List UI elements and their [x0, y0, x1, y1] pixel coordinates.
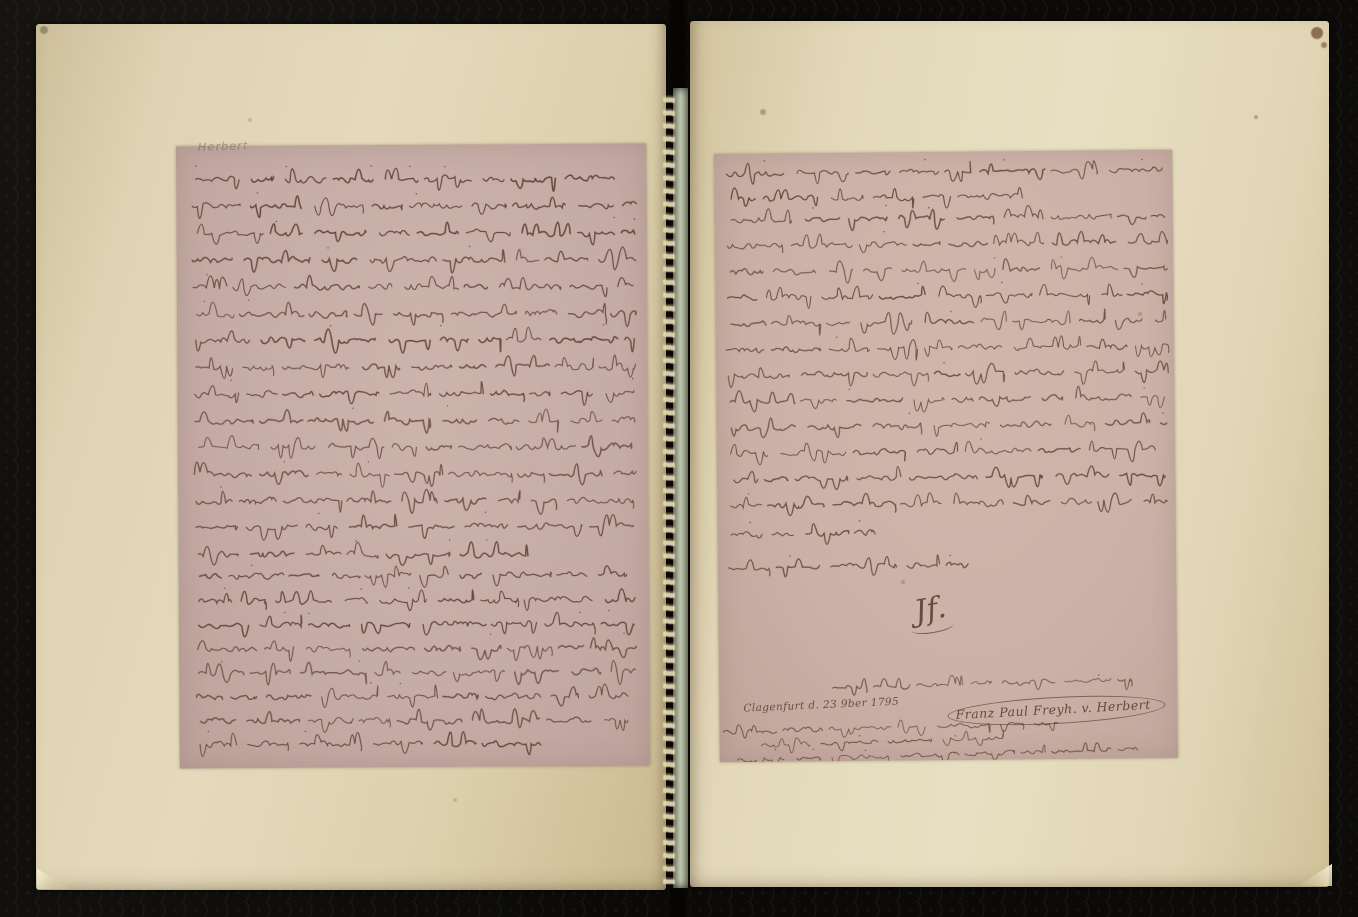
handwriting-word-stroke: [409, 525, 454, 539]
handwriting-word-stroke: [589, 684, 628, 699]
ink-dot: [195, 166, 196, 167]
handwriting-word-stroke: [251, 196, 302, 217]
handwriting-line: [199, 562, 626, 588]
handwriting-line: [200, 708, 627, 733]
handwriting-line: [196, 511, 634, 541]
handwriting-word-stroke: [526, 310, 557, 316]
handwriting-word-stroke: [902, 261, 966, 282]
ink-dot: [994, 257, 995, 258]
handwriting-word-stroke: [1013, 495, 1049, 505]
handwriting-word-stroke: [833, 493, 896, 512]
handwriting-word-stroke: [192, 203, 240, 219]
handwriting-line: [195, 163, 614, 194]
ink-dot: [416, 193, 417, 194]
handwriting-word-stroke: [443, 250, 505, 273]
handwriting-word-stroke: [199, 623, 249, 637]
ink-dot: [1162, 412, 1163, 413]
handwriting-word-stroke: [898, 720, 925, 736]
foxing-spot: [760, 109, 766, 115]
handwriting-word-stroke: [524, 596, 592, 610]
handwriting-word-stroke: [197, 302, 234, 318]
handwriting-word-stroke: [1042, 395, 1063, 401]
handwriting-word-stroke: [390, 383, 431, 396]
handwriting-word-stroke: [821, 740, 878, 751]
handwriting-word-stroke: [241, 591, 266, 609]
handwriting-word-stroke: [1106, 413, 1150, 425]
handwriting-line: [196, 355, 636, 380]
handwriting-word-stroke: [730, 444, 767, 465]
handwriting-line: [727, 280, 1167, 309]
ink-dot: [370, 682, 371, 683]
handwriting-word-stroke: [363, 364, 400, 378]
handwriting-word-stroke: [194, 462, 251, 478]
handwriting-word-stroke: [768, 496, 825, 516]
handwriting-word-stroke: [1124, 266, 1167, 277]
handwriting-word-stroke: [300, 662, 366, 684]
handwriting-line: [198, 632, 637, 662]
handwriting-line: [199, 585, 635, 612]
handwriting-word-stroke: [731, 209, 792, 224]
handwriting-word-stroke: [405, 276, 459, 289]
handwriting-word-stroke: [854, 530, 875, 536]
handwriting-word-stroke: [402, 489, 437, 513]
handwriting-word-stroke: [483, 177, 504, 181]
foxing-spot: [1254, 115, 1258, 119]
handwriting-word-stroke: [771, 315, 821, 336]
handwriting-word-stroke: [489, 418, 519, 424]
ink-dot: [490, 634, 491, 635]
ink-dot: [370, 165, 371, 166]
handwriting-word-stroke: [1065, 678, 1111, 682]
handwriting-word-stroke: [727, 295, 756, 301]
ink-dot: [486, 539, 487, 540]
pencil-inscription: Herbert: [198, 139, 249, 154]
handwriting-word-stroke: [409, 203, 461, 209]
handwriting-word-stroke: [493, 572, 552, 586]
handwriting-word-stroke: [958, 344, 1001, 349]
ink-dot: [883, 231, 884, 232]
handwriting-word-stroke: [1056, 466, 1109, 485]
ink-dot: [1141, 283, 1142, 284]
handwriting-line: [832, 674, 1132, 696]
handwriting-word-stroke: [1118, 747, 1138, 750]
handwriting-word-stroke: [907, 555, 940, 568]
handwriting-line: [731, 410, 1167, 438]
ink-dot: [485, 512, 486, 513]
ink-dot: [368, 461, 369, 462]
ink-dot: [469, 246, 470, 247]
handwriting-word-stroke: [465, 523, 508, 528]
ink-dot: [1061, 256, 1062, 257]
handwriting-word-stroke: [561, 391, 592, 406]
handwriting-line: [730, 386, 1165, 414]
handwriting-word-stroke: [800, 399, 836, 409]
handwriting-word-stroke: [766, 287, 811, 308]
ink-dot: [444, 166, 445, 167]
handwriting-word-stroke: [856, 171, 890, 175]
handwriting-word-stroke: [459, 444, 512, 450]
handwriting-word-stroke: [545, 612, 595, 634]
handwriting-word-stroke: [567, 497, 633, 509]
handwriting-line: [730, 255, 1167, 284]
handwriting-word-stroke: [1151, 215, 1165, 218]
handwriting-word-stroke: [438, 590, 473, 603]
handwriting-word-stroke: [365, 566, 411, 587]
handwriting-word-stroke: [888, 739, 931, 743]
handwriting-word-stroke: [472, 203, 507, 215]
ink-dot: [859, 735, 860, 736]
handwriting-word-stroke: [1144, 494, 1167, 503]
handwriting-word-stroke: [801, 371, 867, 386]
handwriting-line: [197, 297, 637, 329]
handwriting-word-stroke: [913, 242, 940, 246]
handwriting-word-stroke: [243, 365, 274, 375]
handwriting-word-stroke: [472, 645, 501, 659]
handwriting-word-stroke: [308, 418, 373, 432]
handwriting-word-stroke: [618, 278, 633, 287]
handwriting-word-stroke: [247, 391, 278, 398]
handwriting-line: [198, 659, 635, 687]
handwriting-word-stroke: [460, 573, 481, 578]
handwriting-word-stroke: [1161, 423, 1167, 425]
ink-dot: [286, 166, 287, 167]
handwriting-word-stroke: [276, 591, 331, 605]
handwriting-word-stroke: [1110, 167, 1163, 173]
handwriting-word-stroke: [308, 718, 353, 733]
handwriting-word-stroke: [372, 204, 402, 209]
handwriting-word-stroke: [198, 435, 258, 449]
handwriting-word-stroke: [579, 204, 614, 209]
handwriting-word-stroke: [771, 347, 820, 353]
handwriting-word-stroke: [482, 741, 541, 755]
handwriting-word-stroke: [831, 189, 863, 201]
handwriting-word-stroke: [829, 338, 869, 352]
ink-dot: [775, 749, 776, 750]
handwriting-word-stroke: [949, 241, 988, 246]
ink-dot: [865, 750, 866, 751]
handwriting-word-stroke: [547, 717, 591, 722]
ink-dot: [955, 735, 956, 736]
ink-dot: [408, 587, 409, 588]
handwriting-word-stroke: [270, 224, 302, 236]
handwriting-word-stroke: [599, 355, 636, 377]
handwriting-word-stroke: [1051, 161, 1098, 179]
handwriting-word-stroke: [379, 230, 409, 235]
ink-dot: [789, 555, 790, 556]
handwriting-word-stroke: [192, 257, 232, 262]
ink-dot: [603, 324, 604, 325]
ink-dot: [980, 438, 981, 439]
handwriting-word-stroke: [730, 269, 763, 275]
handwriting-word-stroke: [1003, 259, 1040, 272]
handwriting-line: [196, 681, 627, 709]
handwriting-word-stroke: [565, 175, 614, 181]
handwriting-word-stroke: [946, 562, 968, 568]
handwriting-word-stroke: [924, 340, 952, 356]
handwriting-word-stroke: [309, 311, 347, 318]
handwriting-word-stroke: [966, 363, 1005, 384]
ink-dot: [308, 613, 309, 614]
handwriting-word-stroke: [397, 709, 462, 730]
handwriting-word-stroke: [917, 442, 957, 454]
ink-dot: [924, 159, 925, 160]
ink-dot: [327, 247, 328, 248]
handwriting-word-stroke: [1120, 473, 1166, 486]
handwriting-word-stroke: [731, 418, 795, 438]
ink-dot: [750, 522, 751, 523]
handwriting-word-stroke: [491, 621, 536, 634]
handwriting-word-stroke: [730, 390, 795, 411]
handwriting-word-stroke: [737, 757, 784, 762]
handwriting-word-stroke: [380, 590, 427, 611]
handwriting-word-stroke: [1118, 215, 1146, 225]
handwriting-word-stroke: [239, 497, 276, 503]
handwriting-word-stroke: [424, 175, 471, 190]
handwriting-line: [195, 377, 634, 407]
handwriting-word-stroke: [923, 195, 951, 208]
handwriting-word-stroke: [196, 176, 239, 189]
handwriting-line: [731, 185, 1022, 210]
handwriting-word-stroke: [347, 542, 378, 558]
handwriting-word-stroke: [861, 312, 912, 334]
handwriting-word-stroke: [625, 337, 634, 352]
handwriting-word-stroke: [306, 545, 341, 555]
ink-dot: [623, 633, 624, 634]
handwriting-word-stroke: [965, 750, 1015, 760]
handwriting-word-stroke: [873, 423, 922, 434]
handwriting-word-stroke: [506, 327, 541, 342]
ink-dot: [276, 221, 277, 222]
ink-dot: [632, 378, 633, 379]
handwriting-word-stroke: [590, 638, 636, 658]
handwriting-word-stroke: [464, 284, 487, 289]
handwriting-word-stroke: [847, 398, 903, 402]
handwriting-word-stroke: [1118, 680, 1132, 690]
handwriting-word-stroke: [350, 463, 390, 488]
handwriting-word-stroke: [986, 467, 1042, 488]
handwriting-word-stroke: [621, 230, 634, 234]
handwriting-word-stroke: [1013, 311, 1070, 330]
handwriting-word-stroke: [250, 663, 290, 685]
handwriting-line: [726, 333, 1169, 362]
handwriting-word-stroke: [384, 411, 430, 433]
handwriting-word-stroke: [196, 491, 232, 504]
ink-dot: [230, 380, 231, 381]
handwriting-word-stroke: [1079, 309, 1105, 323]
handwriting-word-stroke: [260, 615, 302, 627]
handwriting-word-stroke: [425, 645, 461, 651]
handwriting-word-stroke: [917, 675, 963, 687]
handwriting-word-stroke: [479, 338, 501, 352]
handwriting-line: [726, 156, 1162, 184]
handwriting-word-stroke: [853, 449, 905, 462]
handwriting-word-stroke: [197, 224, 263, 244]
handwriting-word-stroke: [329, 438, 384, 459]
handwriting-word-stroke: [198, 546, 238, 565]
handwriting-word-stroke: [873, 188, 914, 208]
handwriting-word-stroke: [246, 525, 297, 540]
handwriting-line: [200, 729, 541, 757]
ink-dot: [355, 540, 356, 541]
handwriting-word-stroke: [363, 647, 415, 652]
handwriting-word-stroke: [805, 218, 839, 222]
handwriting-word-stroke: [345, 598, 367, 604]
handwriting-word-stroke: [320, 391, 379, 404]
foxing-spot: [1311, 27, 1323, 39]
handwriting-word-stroke: [934, 371, 960, 376]
handwriting-word-stroke: [731, 532, 762, 539]
handwriting-word-stroke: [728, 560, 770, 577]
handwriting-word-stroke: [315, 198, 364, 216]
handwriting-word-stroke: [443, 693, 478, 698]
handwriting-word-stroke: [605, 718, 628, 730]
handwriting-word-stroke: [260, 410, 303, 423]
ink-dot: [284, 461, 285, 462]
handwriting-word-stroke: [731, 497, 762, 508]
handwriting-word-stroke: [859, 242, 906, 253]
ink-dot: [204, 301, 205, 302]
ink-dot: [579, 612, 580, 613]
handwriting-word-stroke: [466, 229, 510, 242]
handwriting-word-stroke: [271, 437, 315, 458]
handwriting-line: [194, 459, 636, 489]
mounted-photo-right: Jf. Clagenfurt d. 23 9ber 1795 Franz Pau…: [714, 150, 1178, 762]
handwriting-word-stroke: [1076, 386, 1131, 400]
handwriting-word-stroke: [229, 573, 284, 579]
handwriting-word-stroke: [300, 732, 362, 750]
ink-dot: [917, 283, 918, 284]
handwriting-word-stroke: [1115, 318, 1142, 329]
handwriting-word-stroke: [283, 391, 313, 397]
handwriting-word-stroke: [874, 678, 910, 689]
ink-dot: [928, 207, 929, 208]
handwriting-word-stroke: [315, 230, 366, 241]
handwriting-word-stroke: [516, 438, 575, 450]
handwriting-word-stroke: [309, 623, 350, 628]
handwriting-word-stroke: [388, 685, 438, 707]
handwriting-word-stroke: [952, 397, 973, 402]
handwriting-word-stroke: [900, 493, 941, 507]
handwriting-word-stroke: [239, 302, 303, 317]
handwriting-word-stroke: [957, 216, 994, 225]
torn-page-edge: [663, 92, 675, 884]
handwriting-word-stroke: [1038, 448, 1080, 452]
handwriting-word-stroke: [545, 251, 588, 262]
handwriting-word-stroke: [1075, 361, 1125, 385]
handwriting-word-stroke: [1000, 421, 1051, 427]
handwriting-word-stroke: [1135, 361, 1168, 383]
handwriting-word-stroke: [551, 687, 578, 706]
handwriting-word-stroke: [1002, 679, 1055, 690]
handwriting-line: [731, 489, 1168, 516]
handwriting-word-stroke: [728, 368, 789, 388]
handwriting-line: [198, 539, 528, 566]
handwriting-word-stroke: [832, 679, 867, 696]
handwriting-word-stroke: [734, 472, 758, 483]
handwriting-word-stroke: [511, 177, 555, 192]
handwriting-word-stroke: [199, 594, 232, 604]
handwriting-word-stroke: [1141, 395, 1165, 407]
handwriting-word-stroke: [347, 491, 391, 503]
handwriting-word-stroke: [423, 621, 486, 635]
handwriting-word-stroke: [975, 268, 996, 279]
handwriting-word-stroke: [394, 312, 443, 325]
ink-dot: [409, 166, 410, 167]
handwriting-word-stroke: [590, 515, 634, 536]
handwriting-line: [197, 217, 635, 248]
handwriting-word-stroke: [317, 472, 342, 476]
handwriting-word-stroke: [282, 364, 348, 378]
handwriting-word-stroke: [797, 170, 848, 184]
ink-dot: [1098, 674, 1099, 675]
handwriting-word-stroke: [773, 269, 815, 275]
handwriting-word-stroke: [994, 232, 1044, 245]
handwriting-word-stroke: [233, 279, 286, 296]
handwriting-word-stroke: [899, 209, 945, 229]
ink-dot: [1141, 159, 1142, 160]
handwriting-word-stroke: [939, 286, 982, 308]
handwriting-line: [199, 610, 634, 638]
handwriting-line: [193, 271, 633, 299]
handwriting-word-stroke: [605, 589, 634, 603]
handwriting-word-stroke: [549, 464, 602, 485]
handwriting-word-stroke: [937, 723, 990, 733]
handwriting-word-stroke: [623, 202, 637, 206]
handwriting-word-stroke: [1061, 498, 1091, 504]
handwriting-word-stroke: [359, 717, 390, 727]
handwriting-word-stroke: [443, 419, 477, 424]
handwriting-word-stroke: [392, 444, 416, 457]
ink-dot: [305, 731, 306, 732]
ink-dot: [943, 362, 944, 363]
handwriting-word-stroke: [1052, 231, 1115, 245]
handwriting-word-stroke: [507, 645, 552, 660]
handwriting-word-stroke: [914, 398, 944, 412]
handwriting-word-stroke: [599, 247, 636, 270]
handwriting-word-stroke: [791, 234, 852, 248]
handwriting-word-stroke: [251, 177, 273, 182]
ink-dot: [950, 311, 951, 312]
handwriting-word-stroke: [570, 285, 607, 297]
handwriting-word-stroke: [322, 258, 357, 271]
handwriting-word-stroke: [349, 514, 396, 528]
ink-dot: [251, 565, 252, 566]
handwriting-word-stroke: [781, 443, 846, 463]
ink-dot: [1001, 282, 1002, 283]
handwriting-word-stroke: [1155, 311, 1166, 322]
handwriting-word-stroke: [550, 337, 618, 343]
handwriting-word-stroke: [979, 396, 1030, 406]
handwriting-line: [192, 190, 636, 218]
handwriting-word-stroke: [515, 670, 559, 685]
ink-dot: [764, 160, 765, 161]
ink-dot: [359, 660, 360, 661]
handwriting-line: [727, 228, 1167, 254]
ink-dot: [836, 336, 837, 337]
handwriting-word-stroke: [375, 661, 400, 675]
ink-dot: [352, 408, 353, 409]
handwriting-word-stroke: [726, 163, 783, 184]
handwriting-line: [761, 730, 1003, 753]
handwriting-word-stroke: [873, 372, 929, 387]
handwriting-word-stroke: [491, 390, 525, 401]
foxing-spot: [1321, 42, 1327, 48]
handwriting-word-stroke: [1098, 493, 1131, 512]
handwriting-word-stroke: [731, 188, 755, 207]
ink-dot: [284, 612, 285, 613]
handwriting-right-page: [714, 150, 1178, 762]
handwriting-word-stroke: [332, 573, 360, 578]
